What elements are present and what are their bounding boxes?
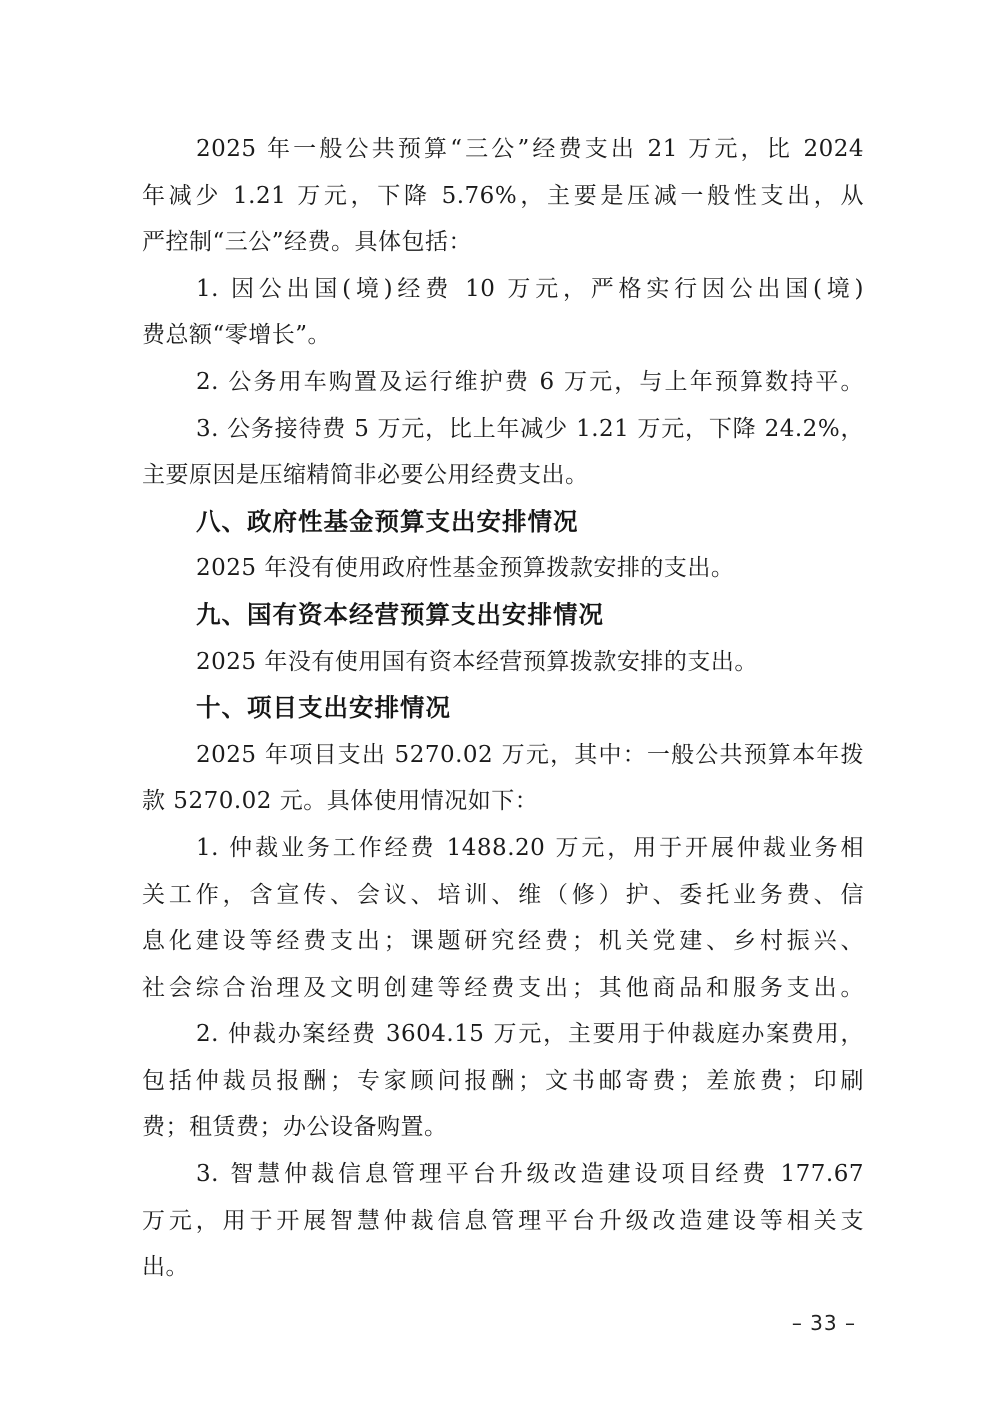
- text-line: 主要原因是压缩精简非必要公用经费支出。: [142, 452, 864, 499]
- paragraph: 2025 年没有使用国有资本经营预算拨款安排的支出。: [142, 639, 864, 686]
- paragraph: 3. 公务接待费 5 万元，比上年减少 1.21 万元，下降 24.2%，主要原…: [142, 406, 864, 499]
- page-number: – 33 –: [792, 1311, 856, 1335]
- paragraph: 2. 公务用车购置及运行维护费 6 万元，与上年预算数持平。: [142, 359, 864, 406]
- text-line: 息化建设等经费支出；课题研究经费；机关党建、乡村振兴、: [142, 918, 864, 965]
- section-heading: 八、政府性基金预算支出安排情况: [142, 499, 864, 546]
- text-line: 1. 仲裁业务工作经费 1488.20 万元，用于开展仲裁业务相: [142, 825, 864, 872]
- text-line: 关工作，含宣传、会议、培训、维（修）护、委托业务费、信: [142, 872, 864, 919]
- text-line: 费总额“零增长”。: [142, 312, 864, 359]
- paragraph: 1. 因公出国(境)经费 10 万元，严格实行因公出国(境)费总额“零增长”。: [142, 266, 864, 359]
- text-line: 3. 智慧仲裁信息管理平台升级改造建设项目经费 177.67: [142, 1151, 864, 1198]
- text-line: 严控制“三公”经费。具体包括：: [142, 219, 864, 266]
- heading-line: 九、国有资本经营预算支出安排情况: [142, 592, 864, 639]
- document-body: 2025 年一般公共预算“三公”经费支出 21 万元，比 2024年减少 1.2…: [142, 126, 864, 1291]
- text-line: 1. 因公出国(境)经费 10 万元，严格实行因公出国(境): [142, 266, 864, 313]
- text-line: 社会综合治理及文明创建等经费支出；其他商品和服务支出。: [142, 965, 864, 1012]
- text-line: 2025 年一般公共预算“三公”经费支出 21 万元，比 2024: [142, 126, 864, 173]
- text-line: 2025 年项目支出 5270.02 万元，其中：一般公共预算本年拨: [142, 732, 864, 779]
- text-line: 款 5270.02 元。具体使用情况如下：: [142, 778, 864, 825]
- text-line: 出。: [142, 1244, 864, 1291]
- section-heading: 十、项目支出安排情况: [142, 685, 864, 732]
- paragraph: 2. 仲裁办案经费 3604.15 万元，主要用于仲裁庭办案费用，包括仲裁员报酬…: [142, 1011, 864, 1151]
- paragraph: 2025 年项目支出 5270.02 万元，其中：一般公共预算本年拨款 5270…: [142, 732, 864, 825]
- heading-line: 八、政府性基金预算支出安排情况: [142, 499, 864, 546]
- text-line: 3. 公务接待费 5 万元，比上年减少 1.21 万元，下降 24.2%，: [142, 406, 864, 453]
- paragraph: 2025 年没有使用政府性基金预算拨款安排的支出。: [142, 545, 864, 592]
- heading-line: 十、项目支出安排情况: [142, 685, 864, 732]
- text-line: 2025 年没有使用国有资本经营预算拨款安排的支出。: [142, 639, 864, 686]
- text-line: 2. 公务用车购置及运行维护费 6 万元，与上年预算数持平。: [142, 359, 864, 406]
- text-line: 2. 仲裁办案经费 3604.15 万元，主要用于仲裁庭办案费用，: [142, 1011, 864, 1058]
- text-line: 万元，用于开展智慧仲裁信息管理平台升级改造建设等相关支: [142, 1198, 864, 1245]
- text-line: 费；租赁费；办公设备购置。: [142, 1104, 864, 1151]
- document-page: 2025 年一般公共预算“三公”经费支出 21 万元，比 2024年减少 1.2…: [0, 0, 1000, 1414]
- budget-document-page: { "page": { "background_color": "#ffffff…: [0, 0, 1000, 1414]
- text-line: 包括仲裁员报酬；专家顾问报酬；文书邮寄费；差旅费；印刷: [142, 1058, 864, 1105]
- paragraph: 3. 智慧仲裁信息管理平台升级改造建设项目经费 177.67万元，用于开展智慧仲…: [142, 1151, 864, 1291]
- paragraph: 2025 年一般公共预算“三公”经费支出 21 万元，比 2024年减少 1.2…: [142, 126, 864, 266]
- section-heading: 九、国有资本经营预算支出安排情况: [142, 592, 864, 639]
- text-line: 2025 年没有使用政府性基金预算拨款安排的支出。: [142, 545, 864, 592]
- paragraph: 1. 仲裁业务工作经费 1488.20 万元，用于开展仲裁业务相关工作，含宣传、…: [142, 825, 864, 1011]
- text-line: 年减少 1.21 万元，下降 5.76%，主要是压减一般性支出，从: [142, 173, 864, 220]
